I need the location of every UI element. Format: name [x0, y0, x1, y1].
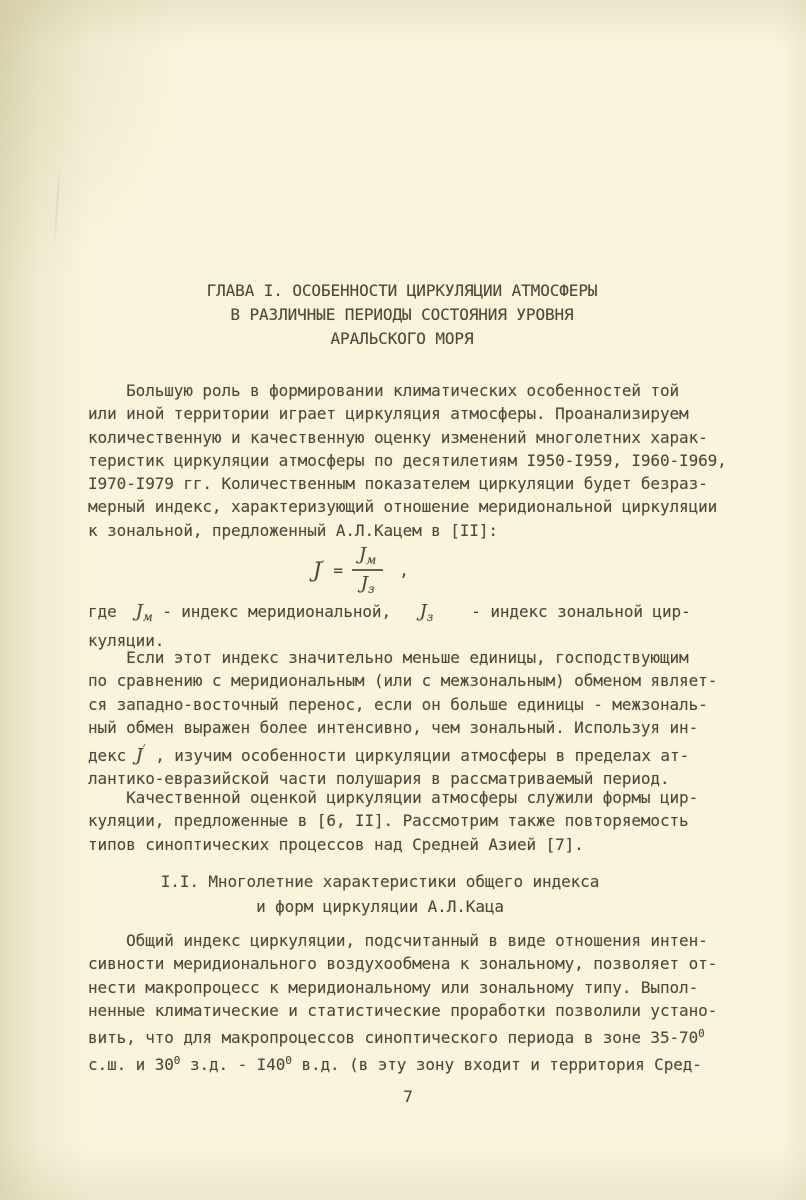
text-line-with-superscript: с.ш. и 300 з.д. - I400 в.д. (в эту зону … — [88, 1049, 748, 1076]
paper-scratch-mark — [53, 168, 60, 246]
section-heading: I.I. Многолетние характеристики общего и… — [60, 870, 700, 919]
circulation-index-formula: J′ = Jм Jз , — [313, 544, 409, 596]
text-line: ся западно-восточный перенос, если он бо… — [88, 693, 748, 716]
text-line: нести макропроцесс к меридиональному или… — [88, 976, 748, 999]
text-line: теристик циркуляции атмосферы по десятил… — [88, 449, 748, 472]
page-number-value: 7 — [88, 1085, 728, 1108]
formula-lhs-symbol: J′ — [313, 558, 324, 582]
formula-comma: , — [399, 561, 409, 580]
text-line: или иной территории играет циркуляция ат… — [88, 402, 748, 425]
text-line: количественную и качественную оценку изм… — [88, 426, 748, 449]
paragraph-5: Общий индекс циркуляции, подсчитанный в … — [88, 929, 748, 1077]
text-line: по сравнению с меридиональным (или с меж… — [88, 669, 748, 692]
fraction-numerator: Jм — [352, 544, 383, 571]
chapter-title: ГЛАВА I. ОСОБЕННОСТИ ЦИРКУЛЯЦИИ АТМОСФЕР… — [82, 279, 722, 351]
chapter-title-line: АРАЛЬСКОГО МОРЯ — [82, 327, 722, 351]
equals-sign: = — [333, 561, 343, 580]
index-symbol-meridional: J — [136, 601, 143, 622]
text-line: ный обмен выражен более интенсивно, чем … — [88, 716, 748, 739]
fraction-denominator: Jз — [361, 571, 375, 596]
text-line: сивности меридионального воздухообмена к… — [88, 952, 748, 975]
degree-superscript: 0 — [698, 1027, 705, 1040]
text-line: ненные климатические и статистические пр… — [88, 999, 748, 1022]
text-line-with-symbols: где Jм - индекс меридиональной, Jз - инд… — [88, 600, 748, 629]
text-line: типов синоптических процессов над Средне… — [88, 833, 748, 856]
paragraph-2: где Jм - индекс меридиональной, Jз - инд… — [88, 600, 748, 653]
text-line: Большую роль в формировании климатически… — [88, 379, 748, 402]
degree-superscript: 0 — [285, 1054, 292, 1067]
section-heading-line: и форм циркуляции А.Л.Каца — [60, 895, 700, 920]
text-line: I970-I979 гг. Количественным показателем… — [88, 472, 748, 495]
text-line: Если этот индекс значительно меньше един… — [88, 646, 748, 669]
text-line: мерный индекс, характеризующий отношение… — [88, 495, 748, 518]
formula-fraction: Jм Jз — [352, 544, 383, 596]
index-symbol-general: J — [136, 745, 143, 766]
section-heading-line: I.I. Многолетние характеристики общего и… — [60, 870, 700, 895]
paragraph-3: Если этот индекс значительно меньше един… — [88, 646, 748, 791]
text-line: куляции, предложенные в [6, II]. Рассмот… — [88, 809, 748, 832]
text-line: Качественной оценкой циркуляции атмосфер… — [88, 786, 748, 809]
text-line-with-symbols: декс J′ , изучим особенности циркуляции … — [88, 739, 748, 767]
text-line: к зональной, предложенный А.Л.Кацем в [I… — [88, 519, 748, 542]
paragraph-1: Большую роль в формировании климатически… — [88, 379, 748, 542]
paragraph-4: Качественной оценкой циркуляции атмосфер… — [88, 786, 748, 856]
scanned-document-page: ГЛАВА I. ОСОБЕННОСТИ ЦИРКУЛЯЦИИ АТМОСФЕР… — [0, 0, 806, 1200]
index-symbol-zonal: J — [420, 601, 427, 622]
page-number: 7 — [88, 1085, 728, 1108]
chapter-title-line: ГЛАВА I. ОСОБЕННОСТИ ЦИРКУЛЯЦИИ АТМОСФЕР… — [82, 279, 722, 303]
chapter-title-line: В РАЗЛИЧНЫЕ ПЕРИОДЫ СОСТОЯНИЯ УРОВНЯ — [82, 303, 722, 327]
text-line-with-superscript: вить, что для макропроцессов синоптическ… — [88, 1022, 748, 1049]
text-line: Общий индекс циркуляции, подсчитанный в … — [88, 929, 748, 952]
